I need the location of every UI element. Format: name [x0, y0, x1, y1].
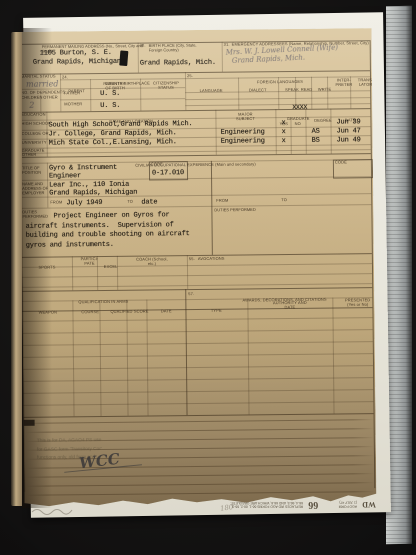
ruled-line — [26, 464, 374, 469]
rule-line — [211, 161, 213, 255]
type-column-header: TYPE — [185, 301, 247, 320]
mother-country-value: U. S. — [100, 101, 120, 109]
education-row-degree: AS — [312, 128, 320, 136]
rule-line — [23, 401, 373, 406]
code-value: 0-17.010 — [152, 169, 184, 177]
remarks-section-label-chip — [24, 420, 35, 426]
read-column-header: READ — [295, 81, 311, 99]
presented-column-header: PRESENTED (Yes or No) — [332, 298, 372, 318]
rule-line — [23, 341, 373, 346]
form-wd-ago-66: PERMANENT MAILING ADDRESS (No., Street, … — [20, 28, 377, 508]
education-row-grad-mark: x — [282, 137, 286, 145]
photo-of-binder-document: PERMANENT MAILING ADDRESS (No., Street, … — [0, 0, 416, 555]
authority-and-date-column-header: AUTHORITY AND DATE — [247, 300, 332, 321]
education-row-school: South High School,Grand Rapids Mich. — [48, 120, 192, 130]
education-row-date: Jun 49 — [337, 137, 361, 145]
birthplace-number: 30. — [140, 44, 146, 49]
mother-label: MOTHER — [64, 102, 82, 107]
footer-form-number: 66 — [308, 499, 318, 510]
graduate-no-header: NO — [290, 114, 305, 132]
ruled-line — [26, 482, 374, 487]
speak-column-header: SPEAK — [278, 81, 295, 99]
education-row-date: Jun 47 — [337, 127, 361, 135]
ruled-line — [26, 491, 374, 496]
avocations-number: 55. — [189, 257, 195, 262]
rule-line — [23, 389, 373, 394]
score-column-header: SCORE — [126, 302, 146, 320]
education-row-date: Jun 39 — [336, 118, 360, 126]
education-row-major: Engineering — [221, 128, 265, 136]
rule-line — [23, 365, 373, 370]
stamp-text-line1: This is for DA, AGAO4 PS use — [37, 437, 102, 443]
duties-line: Project Engineer on Gyros for — [25, 211, 169, 221]
avocations-label: AVOCATIONS — [198, 257, 225, 262]
duties-line: gyros and instruments. — [26, 240, 114, 249]
duties-performed-label-text: DUTIES PERFORMED — [214, 207, 255, 212]
footer-form-date: (1 JULY 47) — [343, 501, 357, 505]
position-title-line1: Gyro & Instrument — [49, 164, 117, 173]
code-label: CODE — [151, 162, 163, 167]
mailing-address-line1: 1105 Burton, S. E. — [40, 49, 112, 58]
mailing-address-line2: Grand Rapids, Michigan — [33, 58, 121, 67]
sports-column-header: SPORTS — [22, 258, 72, 277]
code-label-secondary: CODE — [335, 160, 347, 165]
dependents-handwriting: 2 — [29, 101, 34, 110]
education-row-grad-mark: x — [282, 128, 286, 136]
education-row-school: Mich State Col.,E.Lansing, Mich. — [49, 139, 177, 148]
rule-line — [23, 377, 373, 382]
employer-line2: Grand Rapids, Michigan — [49, 189, 137, 198]
ruled-line — [26, 473, 374, 478]
footer-wd: WD — [362, 500, 376, 509]
form-footer-upside-down: WD AGO FORM (1 JULY 47) 66 REPLACES WD A… — [180, 497, 376, 512]
footer-replaces-line1: REPLACES WD AGO FORMS 66-1, 66-2, 66-3, — [299, 505, 303, 509]
translator-column-header: TRANS- LATOR — [350, 78, 370, 98]
participate-column-header: PARTICI- PATE — [72, 257, 97, 277]
high-school-row-label: HIGH SCHOOL — [21, 122, 50, 127]
coach-column-header: COACH (School, etc.) — [117, 257, 187, 278]
footer-replaces-line2: 66-4, 66-5, AND 66-6, WHICH ARE OBSOLETE… — [299, 501, 303, 505]
to-label-secondary: TO — [281, 198, 287, 203]
dialect-column-header: DIALECT — [238, 81, 278, 99]
title-of-position-label: TITLE OF POSITION — [22, 166, 47, 175]
to-label: TO — [127, 199, 133, 204]
father-label: FATHER — [64, 91, 80, 96]
dependents-other-label: OTHER — [43, 95, 58, 100]
page-edge-sliver — [11, 32, 22, 506]
arms-date-column-header: DATE — [146, 302, 185, 320]
excel-column-header: EXCEL — [97, 258, 117, 276]
duties-line: building and trouble shooting on aircraf… — [26, 230, 190, 240]
birthplace-label: BIRTH PLACE (City, State, Foreign Countr… — [149, 43, 219, 53]
duties-line: aircraft instruments. Supervision of — [26, 221, 174, 231]
languages-number: 25. — [187, 74, 193, 79]
footer-ago-form: AGO FORM (1 JULY 47) — [343, 501, 357, 508]
emergency-number: 31. — [224, 43, 230, 48]
language-column-header: LANGUAGE — [185, 82, 238, 101]
education-section-label: EDUCATION — [21, 113, 45, 118]
birthplace-value: Grand Rapids, Mich. — [140, 59, 216, 68]
course-column-header: COURSE — [72, 303, 99, 321]
ruled-line — [26, 419, 374, 424]
dependents-children-label: CHILDREN — [21, 96, 42, 101]
father-country-value: U. S. — [100, 90, 120, 98]
footer-ago-form-text: AGO FORM — [343, 505, 357, 509]
education-row-school: Jr. College, Grand Rapids, Mich. — [49, 129, 177, 138]
dependents-label: NO. OF DEPENDENTS — [21, 90, 65, 95]
stamp-text-line2: for GASC form 'Transitory Cor' — [37, 446, 102, 452]
from-value: July 1949 — [66, 198, 102, 206]
weapon-column-header: WEAPON — [22, 303, 72, 322]
write-column-header: WRITE — [311, 81, 327, 99]
rule-line — [24, 413, 374, 418]
redaction-mark — [119, 50, 128, 66]
marital-status-handwriting: married — [26, 79, 59, 88]
university-row-label: UNIVERSITY — [22, 140, 47, 145]
rule-line — [23, 329, 373, 334]
interpreter-column-header: INTER- PRETER — [327, 78, 350, 98]
from-label: FROM — [50, 200, 62, 205]
education-row-degree: BS — [312, 137, 320, 145]
to-value: date — [141, 198, 157, 206]
education-row-major: Engineering — [221, 138, 265, 146]
employer-label: NAME AND ADDRESS OF EMPLOYER — [22, 182, 48, 196]
pencil-scribble — [30, 506, 78, 516]
ruled-line — [26, 428, 374, 433]
parents-number: 24. — [62, 75, 68, 80]
position-title-line2: Engineer — [49, 172, 81, 180]
citizenship-status-column-header: CITIZENSHIP STATUS — [140, 81, 185, 101]
college-row-label: COLLEGE OR — [22, 131, 49, 136]
qualified-column-header: QUALIFIED — [99, 302, 126, 320]
rule-line — [23, 353, 373, 358]
from-label-secondary: FROM — [216, 198, 228, 203]
footer-replaces: REPLACES WD AGO FORMS 66-1, 66-2, 66-3, … — [299, 501, 303, 509]
education-row-grad-mark: x — [281, 119, 285, 127]
awards-number: 57. — [188, 292, 194, 297]
duties-performed-label-secondary: DUTIES PERFORMED — [214, 207, 274, 212]
